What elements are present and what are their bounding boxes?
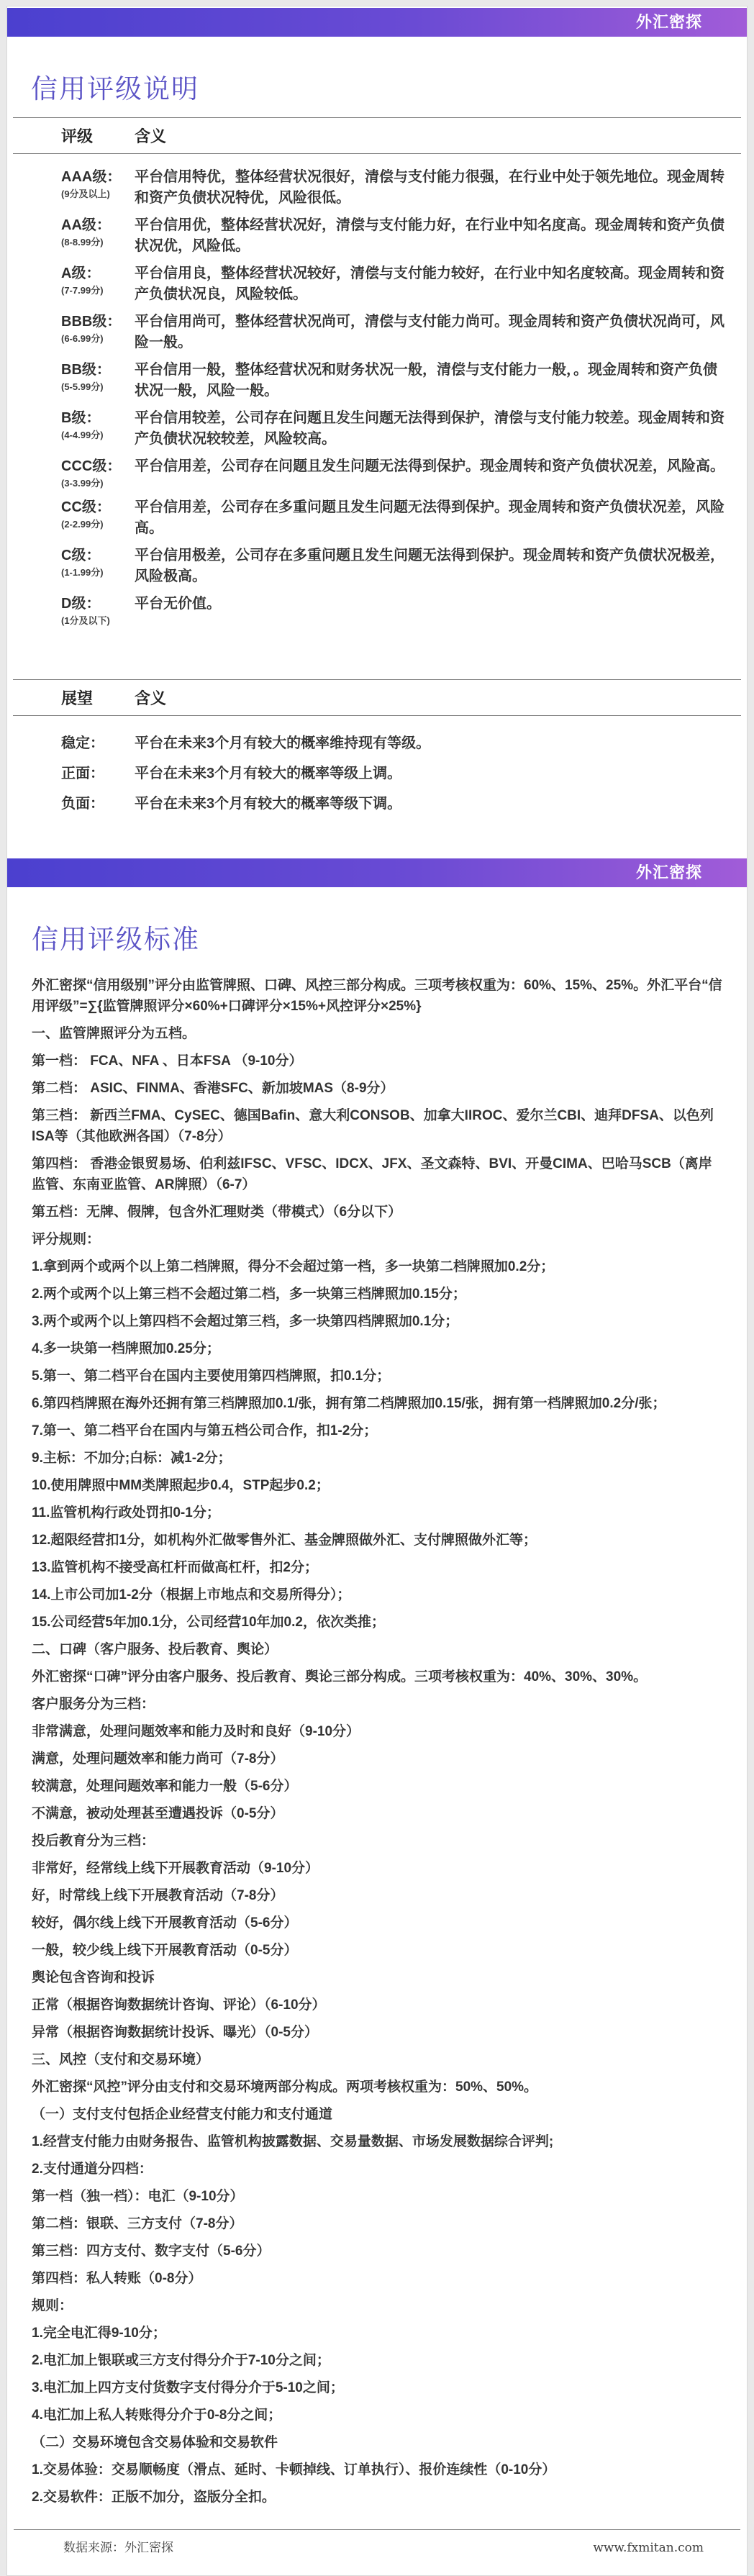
rating-score-range: (4-4.99分) xyxy=(61,428,135,443)
rating-score-range: (3-3.99分) xyxy=(61,476,135,491)
standards-paragraph: 外汇密探“风控”评分由支付和交易环境两部分构成。两项考核权重为：50%、50%。 xyxy=(32,2077,722,2097)
standards-paragraph: 非常好，经常线上线下开展教育活动（9-10分） xyxy=(32,1858,722,1879)
brand-label: 外汇密探 xyxy=(636,863,702,881)
standards-paragraph: （二）交易环境包含交易体验和交易软件 xyxy=(32,2432,722,2453)
rating-score-range: (8-8.99分) xyxy=(61,235,135,250)
standards-paragraph: 2.支付通道分四档： xyxy=(32,2159,722,2180)
meaning-col-header: 含义 xyxy=(135,124,166,147)
table-row: B级： (4-4.99分) 平台信用较差，公司存在问题且发生问题无法得到保护，清… xyxy=(61,408,725,450)
standards-paragraphs: 外汇密探“信用级别”评分由监管牌照、口碑、风控三部分构成。三项考核权重为：60%… xyxy=(32,975,722,2508)
standards-paragraph: 15.公司经营5年加0.1分，公司经营10年加0.2，依次类推； xyxy=(32,1612,722,1633)
standards-paragraph: （一）支付支付包括企业经营支付能力和支付通道 xyxy=(32,2104,722,2125)
footer: 数据来源：外汇密探 www.fxmitan.com xyxy=(7,2529,747,2555)
standards-paragraph: 第四档： 香港金银贸易场、伯利兹IFSC、VFSC、IDCX、JFX、圣文森特、… xyxy=(32,1153,722,1195)
standards-paragraph: 满意，处理问题效率和能力尚可（7-8分） xyxy=(32,1749,722,1769)
outlook-table-body: 稳定： 平台在未来3个月有较大的概率维持现有等级。 正面： 平台在未来3个月有较… xyxy=(7,716,747,831)
page-title-rating-standards: 信用评级标准 xyxy=(32,917,722,956)
table-row: AA级： (8-8.99分) 平台信用优，整体经营状况好，清偿与支付能力好，在行… xyxy=(61,215,725,257)
standards-paragraph: 正常（根据咨询数据统计咨询、评论）（6-10分） xyxy=(32,1995,722,2015)
standards-paragraph: 12.超限经营扣1分，如机构外汇做零售外汇、基金牌照做外汇、支付牌照做外汇等； xyxy=(32,1530,722,1551)
standards-paragraph: 14.上市公司加1-2分（根据上市地点和交易所得分）； xyxy=(32,1584,722,1605)
standards-paragraph: 不满意，被动处理甚至遭遇投诉（0-5分） xyxy=(32,1803,722,1824)
rating-score-range: (5-5.99分) xyxy=(61,380,135,394)
table-row: 正面： 平台在未来3个月有较大的概率等级上调。 xyxy=(61,763,725,784)
table-row: CC级： (2-2.99分) 平台信用差，公司存在多重问题且发生问题无法得到保护… xyxy=(61,497,725,539)
outlook-col-header: 展望 xyxy=(61,686,135,709)
standards-paragraph: 1.完全电汇得9-10分； xyxy=(32,2323,722,2344)
rating-label-cell: D级： (1分及以下) xyxy=(61,594,135,628)
rating-grade: BB级： xyxy=(61,360,135,380)
standards-paragraph: 规则： xyxy=(32,2295,722,2316)
standards-paragraph: 2.交易软件：正版不加分，盗版分全扣。 xyxy=(32,2487,722,2508)
table-row: 稳定： 平台在未来3个月有较大的概率维持现有等级。 xyxy=(61,733,725,754)
rating-standards-section: 信用评级标准 外汇密探“信用级别”评分由监管牌照、口碑、风控三部分构成。三项考核… xyxy=(7,917,747,2508)
outlook-table-header: 展望 含义 xyxy=(7,680,747,715)
outlook-table: 展望 含义 稳定： 平台在未来3个月有较大的概率维持现有等级。 正面： 平台在未… xyxy=(7,679,747,831)
standards-paragraph: 第四档：私人转账（0-8分） xyxy=(32,2268,722,2289)
standards-paragraph: 第一档（独一档）：电汇（9-10分） xyxy=(32,2186,722,2207)
rating-meaning: 平台信用尚可，整体经营状况尚可，清偿与支付能力尚可。现金周转和资产负债状况尚可，… xyxy=(135,312,725,353)
rating-grade: C级： xyxy=(61,545,135,566)
outlook-grade: 负面： xyxy=(61,794,135,814)
rating-score-range: (7-7.99分) xyxy=(61,284,135,298)
rating-meaning: 平台信用较差，公司存在问题且发生问题无法得到保护，清偿与支付能力较差。现金周转和… xyxy=(135,408,725,450)
rating-label-cell: AAA级： (9分及以上) xyxy=(61,167,135,209)
rating-label-cell: AA级： (8-8.99分) xyxy=(61,215,135,257)
standards-paragraph: 较好，偶尔线上线下开展教育活动（5-6分） xyxy=(32,1913,722,1933)
standards-paragraph: 第三档： 新西兰FMA、CySEC、德国Bafin、意大利CONSOB、加拿大I… xyxy=(32,1105,722,1147)
table-row: CCC级： (3-3.99分) 平台信用差，公司存在问题且发生问题无法得到保护。… xyxy=(61,456,725,491)
rating-label-cell: C级： (1-1.99分) xyxy=(61,545,135,587)
brand-banner-middle: 外汇密探 xyxy=(7,858,747,887)
standards-paragraph: 6.第四档牌照在海外还拥有第三档牌照加0.1/张，拥有第二档牌照加0.15/张，… xyxy=(32,1393,722,1414)
table-row: BBB级： (6-6.99分) 平台信用尚可，整体经营状况尚可，清偿与支付能力尚… xyxy=(61,312,725,353)
page-title-rating-explanation: 信用评级说明 xyxy=(31,67,747,106)
standards-paragraph: 1.经营支付能力由财务报告、监管机构披露数据、交易量数据、市场发展数据综合评判; xyxy=(32,2131,722,2152)
standards-paragraph: 三、风控（支付和交易环境） xyxy=(32,2049,722,2070)
rating-grade: D级： xyxy=(61,594,135,614)
rating-grade: B级： xyxy=(61,408,135,428)
outlook-grade: 正面： xyxy=(61,763,135,784)
standards-paragraph: 非常满意，处理问题效率和能力及时和良好（9-10分） xyxy=(32,1721,722,1742)
standards-paragraph: 10.使用牌照中MM类牌照起步0.4，STP起步0.2； xyxy=(32,1475,722,1496)
rating-score-range: (9分及以上) xyxy=(61,187,135,201)
standards-paragraph: 投后教育分为三档： xyxy=(32,1831,722,1851)
standards-paragraph: 二、口碑（客户服务、投后教育、舆论） xyxy=(32,1639,722,1660)
rating-grade: CCC级： xyxy=(61,456,135,476)
rating-label-cell: B级： (4-4.99分) xyxy=(61,408,135,450)
rating-label-cell: CCC级： (3-3.99分) xyxy=(61,456,135,491)
standards-paragraph: 评分规则： xyxy=(32,1229,722,1250)
rating-table-header: 评级 含义 xyxy=(7,118,747,153)
outlook-label-cell: 稳定： xyxy=(61,733,135,754)
outlook-meaning: 平台在未来3个月有较大的概率维持现有等级。 xyxy=(135,733,725,754)
rating-score-range: (6-6.99分) xyxy=(61,332,135,346)
outlook-meaning: 平台在未来3个月有较大的概率等级下调。 xyxy=(135,794,725,815)
rating-meaning: 平台信用差，公司存在多重问题且发生问题无法得到保护。现金周转和资产负债状况差，风… xyxy=(135,497,725,539)
outlook-meaning: 平台在未来3个月有较大的概率等级上调。 xyxy=(135,763,725,784)
standards-paragraph: 一般，较少线上线下开展教育活动（0-5分） xyxy=(32,1940,722,1961)
rating-grade: AA级： xyxy=(61,215,135,235)
outlook-label-cell: 正面： xyxy=(61,763,135,784)
standards-paragraph: 13.监管机构不接受高杠杆而做高杠杆，扣2分； xyxy=(32,1557,722,1578)
rating-meaning: 平台信用差，公司存在问题且发生问题无法得到保护。现金周转和资产负债状况差，风险高… xyxy=(135,456,725,491)
standards-paragraph: 第三档：四方支付、数字支付（5-6分） xyxy=(32,2241,722,2262)
standards-paragraph: 第五档：无牌、假牌，包含外汇理财类（带模式）（6分以下） xyxy=(32,1202,722,1223)
standards-paragraph: 第二档： ASIC、FINMA、香港SFC、新加坡MAS（8-9分） xyxy=(32,1078,722,1099)
standards-paragraph: 4.多一块第一档牌照加0.25分； xyxy=(32,1338,722,1359)
rating-meaning: 平台无价值。 xyxy=(135,594,725,628)
standards-paragraph: 5.第一、第二档平台在国内主要使用第四档牌照，扣0.1分； xyxy=(32,1366,722,1387)
standards-paragraph: 2.两个或两个以上第三档不会超过第二档，多一块第三档牌照加0.15分； xyxy=(32,1284,722,1305)
rating-meaning: 平台信用良，整体经营状况较好，清偿与支付能力较好，在行业中知名度较高。现金周转和… xyxy=(135,263,725,305)
standards-paragraph: 9.主标：不加分;白标：减1-2分； xyxy=(32,1448,722,1469)
table-row: AAA级： (9分及以上) 平台信用特优，整体经营状况很好，清偿与支付能力很强，… xyxy=(61,167,725,209)
standards-paragraph: 第二档：银联、三方支付（7-8分） xyxy=(32,2213,722,2234)
standards-paragraph: 外汇密探“信用级别”评分由监管牌照、口碑、风控三部分构成。三项考核权重为：60%… xyxy=(32,975,722,1017)
rating-grade: CC级： xyxy=(61,497,135,517)
standards-paragraph: 第一档： FCA、NFA 、日本FSA （9-10分） xyxy=(32,1051,722,1071)
standards-paragraph: 1.交易体验：交易顺畅度（滑点、延时、卡顿掉线、订单执行）、报价连续性（0-10… xyxy=(32,2459,722,2480)
standards-paragraph: 客户服务分为三档： xyxy=(32,1694,722,1715)
rating-grade: AAA级： xyxy=(61,167,135,187)
brand-banner-top: 外汇密探 xyxy=(7,8,747,37)
standards-paragraph: 2.电汇加上银联或三方支付得分介于7-10分之间； xyxy=(32,2350,722,2371)
data-source-label: 数据来源：外汇密探 xyxy=(63,2537,173,2555)
rating-meaning: 平台信用特优，整体经营状况很好，清偿与支付能力很强，在行业中处于领先地位。现金周… xyxy=(135,167,725,209)
rating-table-body: AAA级： (9分及以上) 平台信用特优，整体经营状况很好，清偿与支付能力很强，… xyxy=(7,154,747,638)
table-row: D级： (1分及以下) 平台无价值。 xyxy=(61,594,725,628)
outlook-grade: 稳定： xyxy=(61,733,135,753)
brand-label: 外汇密探 xyxy=(636,13,702,31)
rating-score-range: (1-1.99分) xyxy=(61,566,135,580)
standards-paragraph: 1.拿到两个或两个以上第二档牌照，得分不会超过第一档，多一块第二档牌照加0.2分… xyxy=(32,1256,722,1277)
rating-label-cell: CC级： (2-2.99分) xyxy=(61,497,135,539)
meaning-col-header: 含义 xyxy=(135,686,166,709)
rating-meaning: 平台信用优，整体经营状况好，清偿与支付能力好，在行业中知名度高。现金周转和资产负… xyxy=(135,215,725,257)
rating-label-cell: A级： (7-7.99分) xyxy=(61,263,135,305)
article-page: 外汇密探 信用评级说明 评级 含义 AAA级： (9分及以上) 平台信用特优，整… xyxy=(6,6,748,2576)
table-row: BB级： (5-5.99分) 平台信用一般，整体经营状况和财务状况一般，清偿与支… xyxy=(61,360,725,402)
rating-grade: A级： xyxy=(61,263,135,284)
rating-grade: BBB级： xyxy=(61,312,135,332)
table-row: 负面： 平台在未来3个月有较大的概率等级下调。 xyxy=(61,794,725,815)
rating-col-header: 评级 xyxy=(61,124,135,147)
website-url: www.fxmitan.com xyxy=(593,2541,704,2555)
rating-meaning: 平台信用一般，整体经营状况和财务状况一般，清偿与支付能力一般，。现金周转和资产负… xyxy=(135,360,725,402)
table-row: A级： (7-7.99分) 平台信用良，整体经营状况较好，清偿与支付能力较好，在… xyxy=(61,263,725,305)
rating-label-cell: BBB级： (6-6.99分) xyxy=(61,312,135,353)
standards-paragraph: 7.第一、第二档平台在国内与第五档公司合作，扣1-2分； xyxy=(32,1420,722,1441)
standards-paragraph: 4.电汇加上私人转账得分介于0-8分之间； xyxy=(32,2405,722,2426)
standards-paragraph: 好，时常线上线下开展教育活动（7-8分） xyxy=(32,1885,722,1906)
rating-score-range: (2-2.99分) xyxy=(61,517,135,532)
standards-paragraph: 外汇密探“口碑”评分由客户服务、投后教育、舆论三部分构成。三项考核权重为：40%… xyxy=(32,1666,722,1687)
outlook-label-cell: 负面： xyxy=(61,794,135,815)
rating-label-cell: BB级： (5-5.99分) xyxy=(61,360,135,402)
standards-paragraph: 一、监管牌照评分为五档。 xyxy=(32,1023,722,1044)
standards-paragraph: 较满意，处理问题效率和能力一般（5-6分） xyxy=(32,1776,722,1797)
standards-paragraph: 3.电汇加上四方支付货数字支付得分介于5-10之间； xyxy=(32,2377,722,2398)
table-row: C级： (1-1.99分) 平台信用极差，公司存在多重问题且发生问题无法得到保护… xyxy=(61,545,725,587)
rating-meaning: 平台信用极差，公司存在多重问题且发生问题无法得到保护。现金周转和资产负债状况极差… xyxy=(135,545,725,587)
standards-paragraph: 3.两个或两个以上第四档不会超过第三档，多一块第四档牌照加0.1分； xyxy=(32,1311,722,1332)
rating-score-range: (1分及以下) xyxy=(61,614,135,628)
standards-paragraph: 舆论包含咨询和投诉 xyxy=(32,1967,722,1988)
standards-paragraph: 11.监管机构行政处罚扣0-1分； xyxy=(32,1502,722,1523)
standards-paragraph: 异常（根据咨询数据统计投诉、曝光）（0-5分） xyxy=(32,2022,722,2043)
